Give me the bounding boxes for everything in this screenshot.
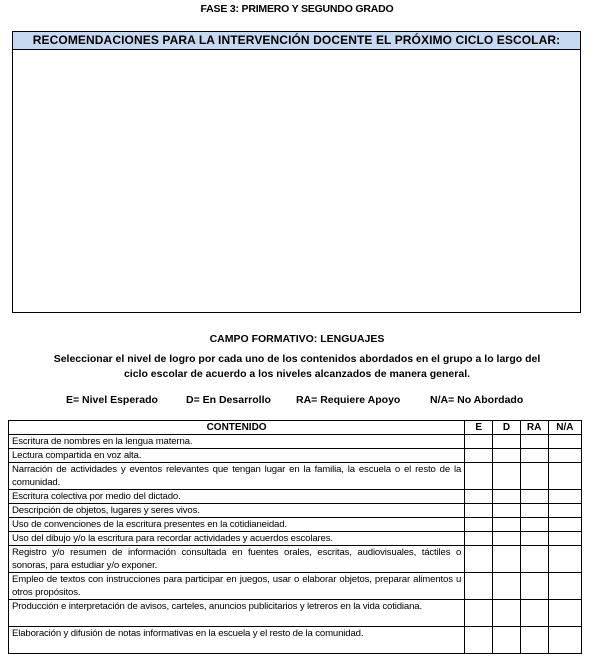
level-cell-ra[interactable] [520, 518, 548, 532]
level-cell-e[interactable] [465, 449, 493, 463]
level-cell-na[interactable] [548, 627, 581, 654]
level-cell-ra[interactable] [520, 573, 548, 600]
contenido-cell: Producción e interpretación de avisos, c… [9, 600, 465, 627]
table-row: Escritura colectiva por medio del dictad… [9, 490, 582, 504]
level-cell-d[interactable] [493, 435, 520, 449]
level-cell-d[interactable] [493, 600, 520, 627]
table-row: Escritura de nombres en la lengua matern… [9, 435, 582, 449]
level-cell-na[interactable] [548, 573, 581, 600]
level-cell-e[interactable] [465, 435, 493, 449]
contenido-cell: Narración de actividades y eventos relev… [9, 463, 465, 490]
contenido-cell: Escritura colectiva por medio del dictad… [9, 490, 465, 504]
level-cell-e[interactable] [465, 627, 493, 654]
level-cell-e[interactable] [465, 490, 493, 504]
contenido-cell: Escritura de nombres en la lengua matern… [9, 435, 465, 449]
level-cell-e[interactable] [465, 518, 493, 532]
level-cell-d[interactable] [493, 449, 520, 463]
contenido-cell: Uso de convenciones de la escritura pres… [9, 518, 465, 532]
level-cell-ra[interactable] [520, 504, 548, 518]
level-cell-ra[interactable] [520, 546, 548, 573]
campo-formativo-heading: CAMPO FORMATIVO: LENGUAJES [0, 333, 594, 345]
level-cell-d[interactable] [493, 532, 520, 546]
level-cell-na[interactable] [548, 463, 581, 490]
contenido-cell: Uso del dibujo y/o la escritura para rec… [9, 532, 465, 546]
recommendations-box: RECOMENDACIONES PARA LA INTERVENCIÓN DOC… [12, 31, 581, 313]
table-row: Producción e interpretación de avisos, c… [9, 600, 582, 627]
header-contenido: CONTENIDO [9, 421, 465, 435]
table-row: Empleo de textos con instrucciones para … [9, 573, 582, 600]
level-cell-ra[interactable] [520, 600, 548, 627]
level-cell-ra[interactable] [520, 532, 548, 546]
recommendations-input[interactable] [13, 50, 580, 313]
level-cell-e[interactable] [465, 573, 493, 600]
level-cell-d[interactable] [493, 518, 520, 532]
level-cell-e[interactable] [465, 532, 493, 546]
contenido-cell: Registro y/o resumen de información cons… [9, 546, 465, 573]
level-cell-na[interactable] [548, 435, 581, 449]
legend-item-e: E= Nivel Esperado [66, 394, 158, 406]
contenido-cell: Descripción de objetos, lugares y seres … [9, 504, 465, 518]
table-row: Elaboración y difusión de notas informat… [9, 627, 582, 654]
level-cell-d[interactable] [493, 504, 520, 518]
table-row: Registro y/o resumen de información cons… [9, 546, 582, 573]
level-cell-e[interactable] [465, 463, 493, 490]
level-cell-d[interactable] [493, 573, 520, 600]
legend-item-d: D= En Desarrollo [186, 394, 271, 406]
legend: E= Nivel Esperado D= En Desarrollo RA= R… [0, 394, 594, 408]
level-cell-ra[interactable] [520, 449, 548, 463]
table-row: Uso del dibujo y/o la escritura para rec… [9, 532, 582, 546]
instructions-text: Seleccionar el nivel de logro por cada u… [50, 352, 544, 382]
level-cell-na[interactable] [548, 490, 581, 504]
level-cell-na[interactable] [548, 532, 581, 546]
table-row: Narración de actividades y eventos relev… [9, 463, 582, 490]
header-e: E [465, 421, 493, 435]
header-na: N/A [548, 421, 581, 435]
level-cell-e[interactable] [465, 546, 493, 573]
table-row: Descripción de objetos, lugares y seres … [9, 504, 582, 518]
page-title: FASE 3: PRIMERO Y SEGUNDO GRADO [0, 3, 594, 15]
header-d: D [493, 421, 520, 435]
level-cell-ra[interactable] [520, 490, 548, 504]
level-cell-d[interactable] [493, 627, 520, 654]
level-cell-d[interactable] [493, 463, 520, 490]
level-cell-e[interactable] [465, 600, 493, 627]
table-row: Uso de convenciones de la escritura pres… [9, 518, 582, 532]
contenidos-table: CONTENIDO E D RA N/A Escritura de nombre… [8, 420, 582, 654]
recommendations-header: RECOMENDACIONES PARA LA INTERVENCIÓN DOC… [13, 32, 580, 50]
level-cell-ra[interactable] [520, 463, 548, 490]
level-cell-d[interactable] [493, 490, 520, 504]
level-cell-na[interactable] [548, 504, 581, 518]
table-row: Lectura compartida en voz alta. [9, 449, 582, 463]
level-cell-ra[interactable] [520, 435, 548, 449]
level-cell-na[interactable] [548, 546, 581, 573]
contenido-cell: Lectura compartida en voz alta. [9, 449, 465, 463]
level-cell-na[interactable] [548, 449, 581, 463]
level-cell-na[interactable] [548, 518, 581, 532]
legend-item-ra: RA= Requiere Apoyo [296, 394, 400, 406]
level-cell-d[interactable] [493, 546, 520, 573]
contenido-cell: Elaboración y difusión de notas informat… [9, 627, 465, 654]
level-cell-ra[interactable] [520, 627, 548, 654]
level-cell-na[interactable] [548, 600, 581, 627]
contenido-cell: Empleo de textos con instrucciones para … [9, 573, 465, 600]
header-ra: RA [520, 421, 548, 435]
legend-item-na: N/A= No Abordado [430, 394, 523, 406]
level-cell-e[interactable] [465, 504, 493, 518]
